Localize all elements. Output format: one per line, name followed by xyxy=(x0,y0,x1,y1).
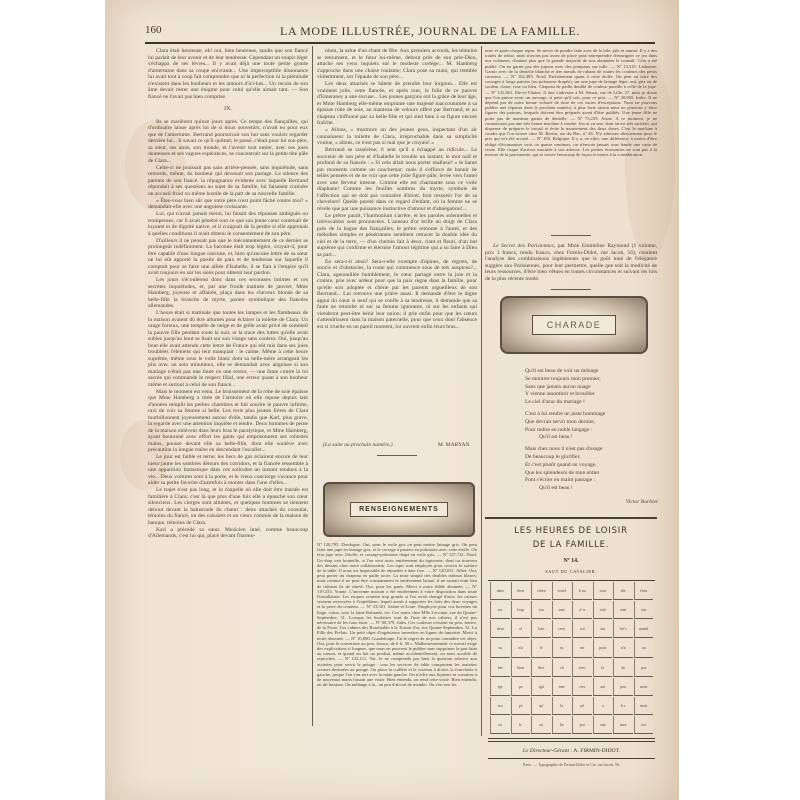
grid-cell: por xyxy=(572,716,592,734)
grid-cell: let's xyxy=(613,620,633,638)
grid-cell: visiel xyxy=(552,582,572,600)
knight-tour-grid: dansbienchienvisielb autoutdiefeausurlou… xyxy=(490,582,653,734)
grid-cell: la xyxy=(552,697,572,715)
grid-cell: eur xyxy=(634,601,654,619)
column-2-feuilleton: nium, la salue d'un chant de fête. Aux p… xyxy=(317,48,477,438)
poem-line: Pour redire en noble langage : xyxy=(525,427,655,435)
poem-line: C'est à lui rendre un juste hommage xyxy=(525,411,655,419)
poem-line: Que les splendeurs de mon entier xyxy=(525,470,655,478)
poem-line: Font s'écrier en maint passage : xyxy=(525,477,655,485)
grid-cell: reve xyxy=(552,620,572,638)
grid-cell: tout xyxy=(593,582,613,600)
grid-cell: pé xyxy=(572,697,592,715)
grid-cell: tge xyxy=(490,678,510,696)
serial-footer: (La suite au prochain numéro.) M. MARYAN… xyxy=(317,442,477,448)
paragraph: Le prêtre paraît, l'harmonium s'arrête, … xyxy=(317,213,477,259)
grid-cell: aut xyxy=(593,620,613,638)
loisir-title: LES HEURES DE LOISIR DE LA FAMILLE. xyxy=(485,524,657,552)
book-notice-text: , par Mme Emmeline Raymond (1 volume, pr… xyxy=(485,243,657,282)
grid-cell: a xyxy=(593,697,613,715)
grid-cell: a' n xyxy=(572,601,592,619)
grid-cell: ou xyxy=(531,716,551,734)
grid-cell: die xyxy=(613,582,633,600)
grid-cell: feau xyxy=(634,582,654,600)
grid-cell: too xyxy=(490,697,510,715)
paragraph: Mais le moment est venu. Le bruissement … xyxy=(148,389,308,454)
paragraph: nium, la salue d'un chant de fête. Aux p… xyxy=(317,48,477,81)
poem-refrain: Qu'il est beau ! xyxy=(525,485,655,493)
grid-cell: pour xyxy=(593,639,613,657)
puzzle-subtitle: SAUT DU CAVALIER. xyxy=(485,569,657,574)
grid-cell: mand xyxy=(634,620,654,638)
poem-line: De beaucoup le glorifier, xyxy=(525,454,655,462)
grid-cell: loin xyxy=(531,620,551,638)
director-credit: Le Directeur-Gérant : A. FIRMIN-DIDOT. xyxy=(488,748,655,754)
paragraph: Lui, qui n'avait jamais menti, lui faisa… xyxy=(148,211,308,237)
column-3: teste et après chaque repas. Se servir d… xyxy=(485,48,657,297)
grid-cell: de xyxy=(613,659,633,677)
grid-cell: b r xyxy=(613,697,633,715)
renseignements-text: Nº 120,795. Dordogne. Oui, pour le voile… xyxy=(317,542,477,727)
grid-cell: b au xyxy=(572,582,592,600)
grid-cell: loup xyxy=(511,601,531,619)
charade-banner: CHARADE xyxy=(500,296,648,354)
poem-line: Et c'est plutôt quand on voyage, xyxy=(525,462,655,470)
grid-rule xyxy=(488,741,655,742)
grid-cell: bien xyxy=(511,659,531,677)
loisir-title-line: DE LA FAMILLE. xyxy=(485,538,657,552)
grid-rule xyxy=(488,738,655,739)
column-divider xyxy=(481,46,482,736)
paragraph: Les jours s'écoulèrent donc dans ces sec… xyxy=(148,277,308,310)
poem-line: Le ciel d'azur du mariage ! xyxy=(525,399,655,407)
grid-cell: el xyxy=(511,620,531,638)
grid-cell: be xyxy=(552,716,572,734)
grid-cell: chien xyxy=(531,582,551,600)
grid-cell: ch xyxy=(552,659,572,677)
paragraph: Bertrand se rassérène; il sent qu'il a é… xyxy=(317,147,477,212)
grid-cell: mott xyxy=(634,697,654,715)
charade-poem: Qu'il est beau de voir un ménage Se mont… xyxy=(525,368,655,507)
paragraph: « Allons, » murmure un des jeunes gens, … xyxy=(317,127,477,147)
poem-stanza: Qu'il est beau de voir un ménage Se mont… xyxy=(525,368,655,407)
page-header: 160 LA MODE ILLUSTRÉE, JOURNAL DE LA FAM… xyxy=(145,24,655,42)
grid-cell: rent xyxy=(613,601,633,619)
poem-line: Que devrait servir mon dernier, xyxy=(525,419,655,427)
grid-cell: bien xyxy=(511,582,531,600)
poem-stanza: Mais chez nous il n'est pas d'usage De b… xyxy=(525,446,655,493)
grid-cell: n'a xyxy=(511,639,531,657)
poem-line: Sans que jamais aucun nuage xyxy=(525,384,655,392)
grid-cell: le xyxy=(531,639,551,657)
grid-cell: us xyxy=(490,639,510,657)
grid-cell: la xyxy=(593,659,613,677)
charade-label: CHARADE xyxy=(532,315,617,335)
column-1-feuilleton: Clara était heureuse, oh! oui, bien heur… xyxy=(148,48,308,708)
to-be-continued: (La suite au prochain numéro.) xyxy=(323,442,393,448)
grid-cell: qu' xyxy=(531,697,551,715)
grid-cell: pe xyxy=(511,678,531,696)
grid-cell: sur xyxy=(490,601,510,619)
grid-cell: pas xyxy=(634,659,654,677)
short-rule xyxy=(377,455,417,456)
paragraph: « Êtes-vous bien sûr que votre père n'es… xyxy=(148,198,308,211)
footer-rule xyxy=(488,758,655,759)
grid-cell: dent xyxy=(490,620,510,638)
chapter-heading: IX. xyxy=(148,106,308,113)
grid-cell: mes xyxy=(613,716,633,734)
column-2-footer: (La suite au prochain numéro.) M. MARYAN… xyxy=(317,440,477,463)
puzzle-number: Nº 14. xyxy=(485,558,657,564)
grid-cell: sua xyxy=(593,716,613,734)
grid-cell: ru xyxy=(552,639,572,657)
grid-cell: toe xyxy=(634,716,654,734)
grid-cell: sol xyxy=(572,620,592,638)
page-number: 160 xyxy=(145,24,162,36)
paragraph: En sera-t-il ainsi? Sera-t-elle exempte … xyxy=(317,259,477,331)
column-divider xyxy=(312,46,313,726)
grid-cell: vait xyxy=(593,601,613,619)
paragraph: Celle-ci ne jouissait pas sans arrière-p… xyxy=(148,165,308,198)
paragraph: D'ailleurs il ne pensait pas que le méco… xyxy=(148,238,308,277)
grid-cell: aut xyxy=(593,678,613,696)
grid-rule xyxy=(488,580,655,581)
book-title: Le Secret des Parisiennes xyxy=(493,243,554,249)
director-role: Le Directeur-Gérant : xyxy=(523,748,572,754)
grid-cell: avec xyxy=(572,659,592,677)
grid-cell: ber xyxy=(490,659,510,677)
loisir-title-line: LES HEURES DE LOISIR xyxy=(485,524,657,538)
paragraph: Le jour est faible et terne; les becs de… xyxy=(148,454,308,487)
grid-cell: ries xyxy=(572,678,592,696)
section-rule xyxy=(485,517,657,519)
grid-cell: p'r xyxy=(511,697,531,715)
grid-cell: tgit xyxy=(531,678,551,696)
grid-cell: pou xyxy=(613,678,633,696)
director-name: A. FIRMIN-DIDOT. xyxy=(573,748,620,754)
grid-cell: mer xyxy=(552,678,572,696)
grid-cell: mer xyxy=(552,601,572,619)
poem-line: Qu'il est beau de voir un ménage xyxy=(525,368,655,376)
poem-line: Y vienne assombrir et brouiller xyxy=(525,391,655,399)
journal-title: LA MODE ILLUSTRÉE, JOURNAL DE LA FAMILLE… xyxy=(205,24,655,39)
grid-cell: dans xyxy=(490,582,510,600)
grid-cell: ther xyxy=(531,659,551,677)
printer-imprint: Paris. — Typographie de Firmin-Didot et … xyxy=(488,762,655,767)
poem-stanza: C'est à lui rendre un juste hommage Que … xyxy=(525,411,655,442)
grid-cell: n'a xyxy=(613,639,633,657)
paragraph: Les deux attachés se hâtent de prendre l… xyxy=(317,81,477,127)
correspondence-text: teste et après chaque repas. Se servir d… xyxy=(485,48,657,228)
poem-line: Mais chez nous il n'est pas d'usage xyxy=(525,446,655,454)
grid-cell: ou xyxy=(490,716,510,734)
author-signature: M. MARYAN. xyxy=(438,442,471,448)
renseignements-banner: RENSEIGNEMENTS xyxy=(323,482,475,537)
poem-author: Victor Barbier. xyxy=(525,499,659,507)
grid-cell: au xyxy=(634,639,654,657)
renseignements-label: RENSEIGNEMENTS xyxy=(350,502,448,517)
book-notice: Le Secret des Parisiennes, par Mme Emmel… xyxy=(485,243,657,282)
paragraph: Ils se marièrent quinze jours après. Ce … xyxy=(148,119,308,165)
grid-cell: ser xyxy=(572,639,592,657)
paragraph: L'heure était si matinale que toutes les… xyxy=(148,310,308,388)
newspaper-page: 160 LA MODE ILLUSTRÉE, JOURNAL DE LA FAM… xyxy=(105,0,679,800)
paragraph: Le trajet n'est pas long, et la chapelle… xyxy=(148,487,308,526)
grid-cell: b: xyxy=(511,716,531,734)
paragraph: Karl a précédé sa sœur. Musicien inné, c… xyxy=(148,527,308,540)
paragraph: Clara était heureuse, oh! oui, bien heur… xyxy=(148,48,308,100)
short-rule xyxy=(551,289,591,290)
grid-cell: mort xyxy=(634,678,654,696)
grid-cell: ton xyxy=(531,601,551,619)
poem-line: Se montrer toujours mon premier, xyxy=(525,376,655,384)
poem-refrain: Qu'il est beau ! xyxy=(525,434,655,442)
header-rule xyxy=(145,42,655,44)
short-rule xyxy=(551,235,591,236)
